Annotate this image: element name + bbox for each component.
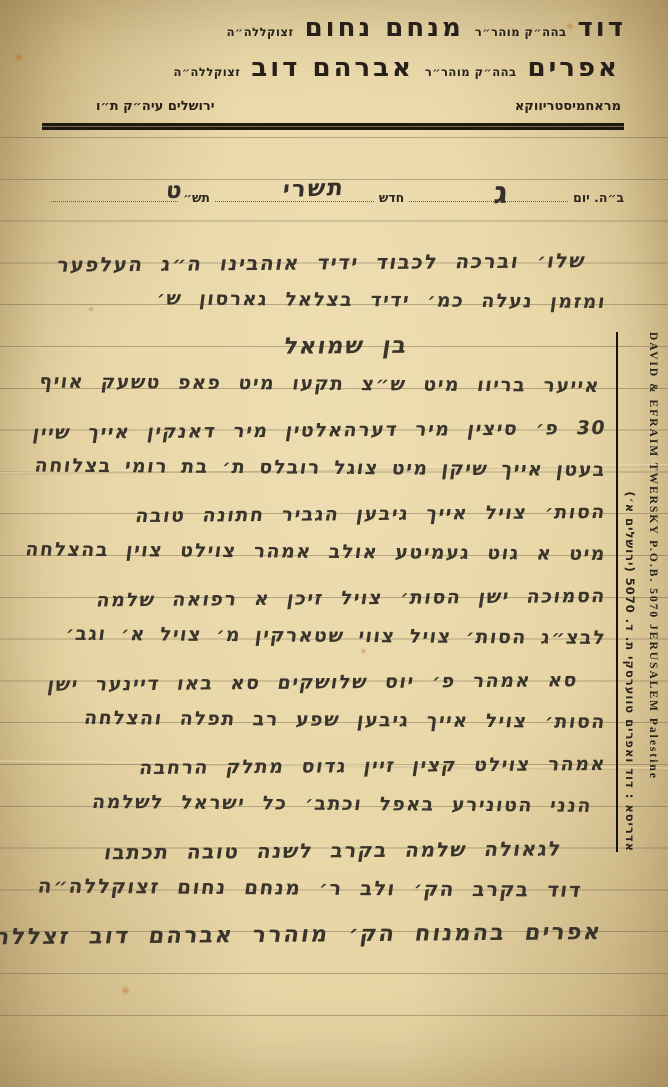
- handwritten-year: ט: [165, 178, 183, 205]
- handwriting-signature-efraim: אפרים בהמנוח הק׳ מוהרר אברהם דוב זצללה״ה: [22, 911, 609, 958]
- letterhead-name-avraham-dov: אברהם דוב: [251, 53, 414, 83]
- letterhead-honorific-2: זצוקללה״ה: [173, 65, 240, 79]
- handwritten-letter-body: שלו׳ וברכה לכבוד ידיד אוהבינו ה״ג העלפער…: [26, 239, 606, 953]
- letterhead-city-jerusalem: ירושלים עיה״ק ת״ו: [96, 99, 215, 114]
- handwriting-line: ומזמן נעלה כמ׳ ידיד בצלאל גארסון ש׳: [24, 276, 609, 323]
- side-address-strip: DAVID & EFRAIM TWERSKY P.O.B. 5070 JERUS…: [616, 332, 660, 852]
- letterhead-name-david: דוד: [578, 13, 627, 43]
- date-month-leader: תשרי: [215, 188, 374, 202]
- handwritten-month: תשרי: [282, 175, 347, 203]
- rust-stain: [120, 986, 131, 995]
- date-year-leader: ט: [51, 188, 178, 202]
- handwriting-line: הסות׳ צויל אייך גיבען שפע רב תפלה והצלחה: [24, 696, 609, 743]
- rust-stain: [14, 52, 24, 62]
- letterhead-title-1: בהה״ק מוהר״ר: [475, 25, 567, 39]
- letterhead-row-efraim: אפרים בהה״ק מוהר״ר אברהם דוב זצוקללה״ה: [173, 53, 620, 83]
- date-line: ב״ה. יום ג חדש תשרי תש״ ט: [46, 188, 624, 205]
- handwriting-signature-david: דוד בקרב הק׳ ולב ר׳ מנחם נחום זצוקללה״ה: [24, 864, 609, 911]
- letterhead-name-menachem-nachum: מנחם נחום: [305, 13, 464, 43]
- date-month-label: חדש: [379, 190, 404, 205]
- handwriting-line: אייער בריוו מיט ש״צ תקעו מיט פאפ טשעק או…: [24, 360, 609, 407]
- letterhead-rule: [42, 123, 624, 130]
- date-day-leader: ג: [409, 188, 568, 202]
- handwriting-line: לבצ״ג הסות׳ צויל צווי שטארקין מ׳ צויל א׳…: [24, 612, 609, 659]
- letterhead-name-efraim: אפרים: [528, 53, 620, 83]
- letterhead-honorific-1: זצוקללה״ה: [227, 25, 294, 39]
- handwritten-day: ג: [492, 175, 510, 211]
- handwriting-line: מיט א גוט געמיטע אולב אמהר צוילט צוין בה…: [24, 528, 609, 575]
- letterhead-origin-rachmistrivka: מראחמיסטריווקא: [515, 99, 621, 114]
- handwriting-line: בעטן אייך שיקן מיט צוגל רובלס ת׳ בת רומי…: [24, 444, 609, 491]
- date-prefix: ב״ה. יום: [573, 190, 624, 205]
- handwriting-line: הנני הטונירע באפל וכתב׳ כל ישראל לשלמה: [24, 780, 609, 827]
- date-year-prefix: תש״: [183, 190, 210, 205]
- letter-scan: דוד בהה״ק מוהר״ר מנחם נחום זצוקללה״ה אפר…: [0, 0, 668, 1087]
- address-english: DAVID & EFRAIM TWERSKY P.O.B. 5070 JERUS…: [647, 332, 659, 852]
- letterhead-row-david: דוד בהה״ק מוהר״ר מנחם נחום זצוקללה״ה: [227, 13, 626, 43]
- address-hebrew: אדריסא : דוד ואפרים טווערסקי ת. ד. 5070 …: [623, 332, 637, 852]
- letterhead-title-2: בהה״ק מוהר״ר: [425, 65, 517, 79]
